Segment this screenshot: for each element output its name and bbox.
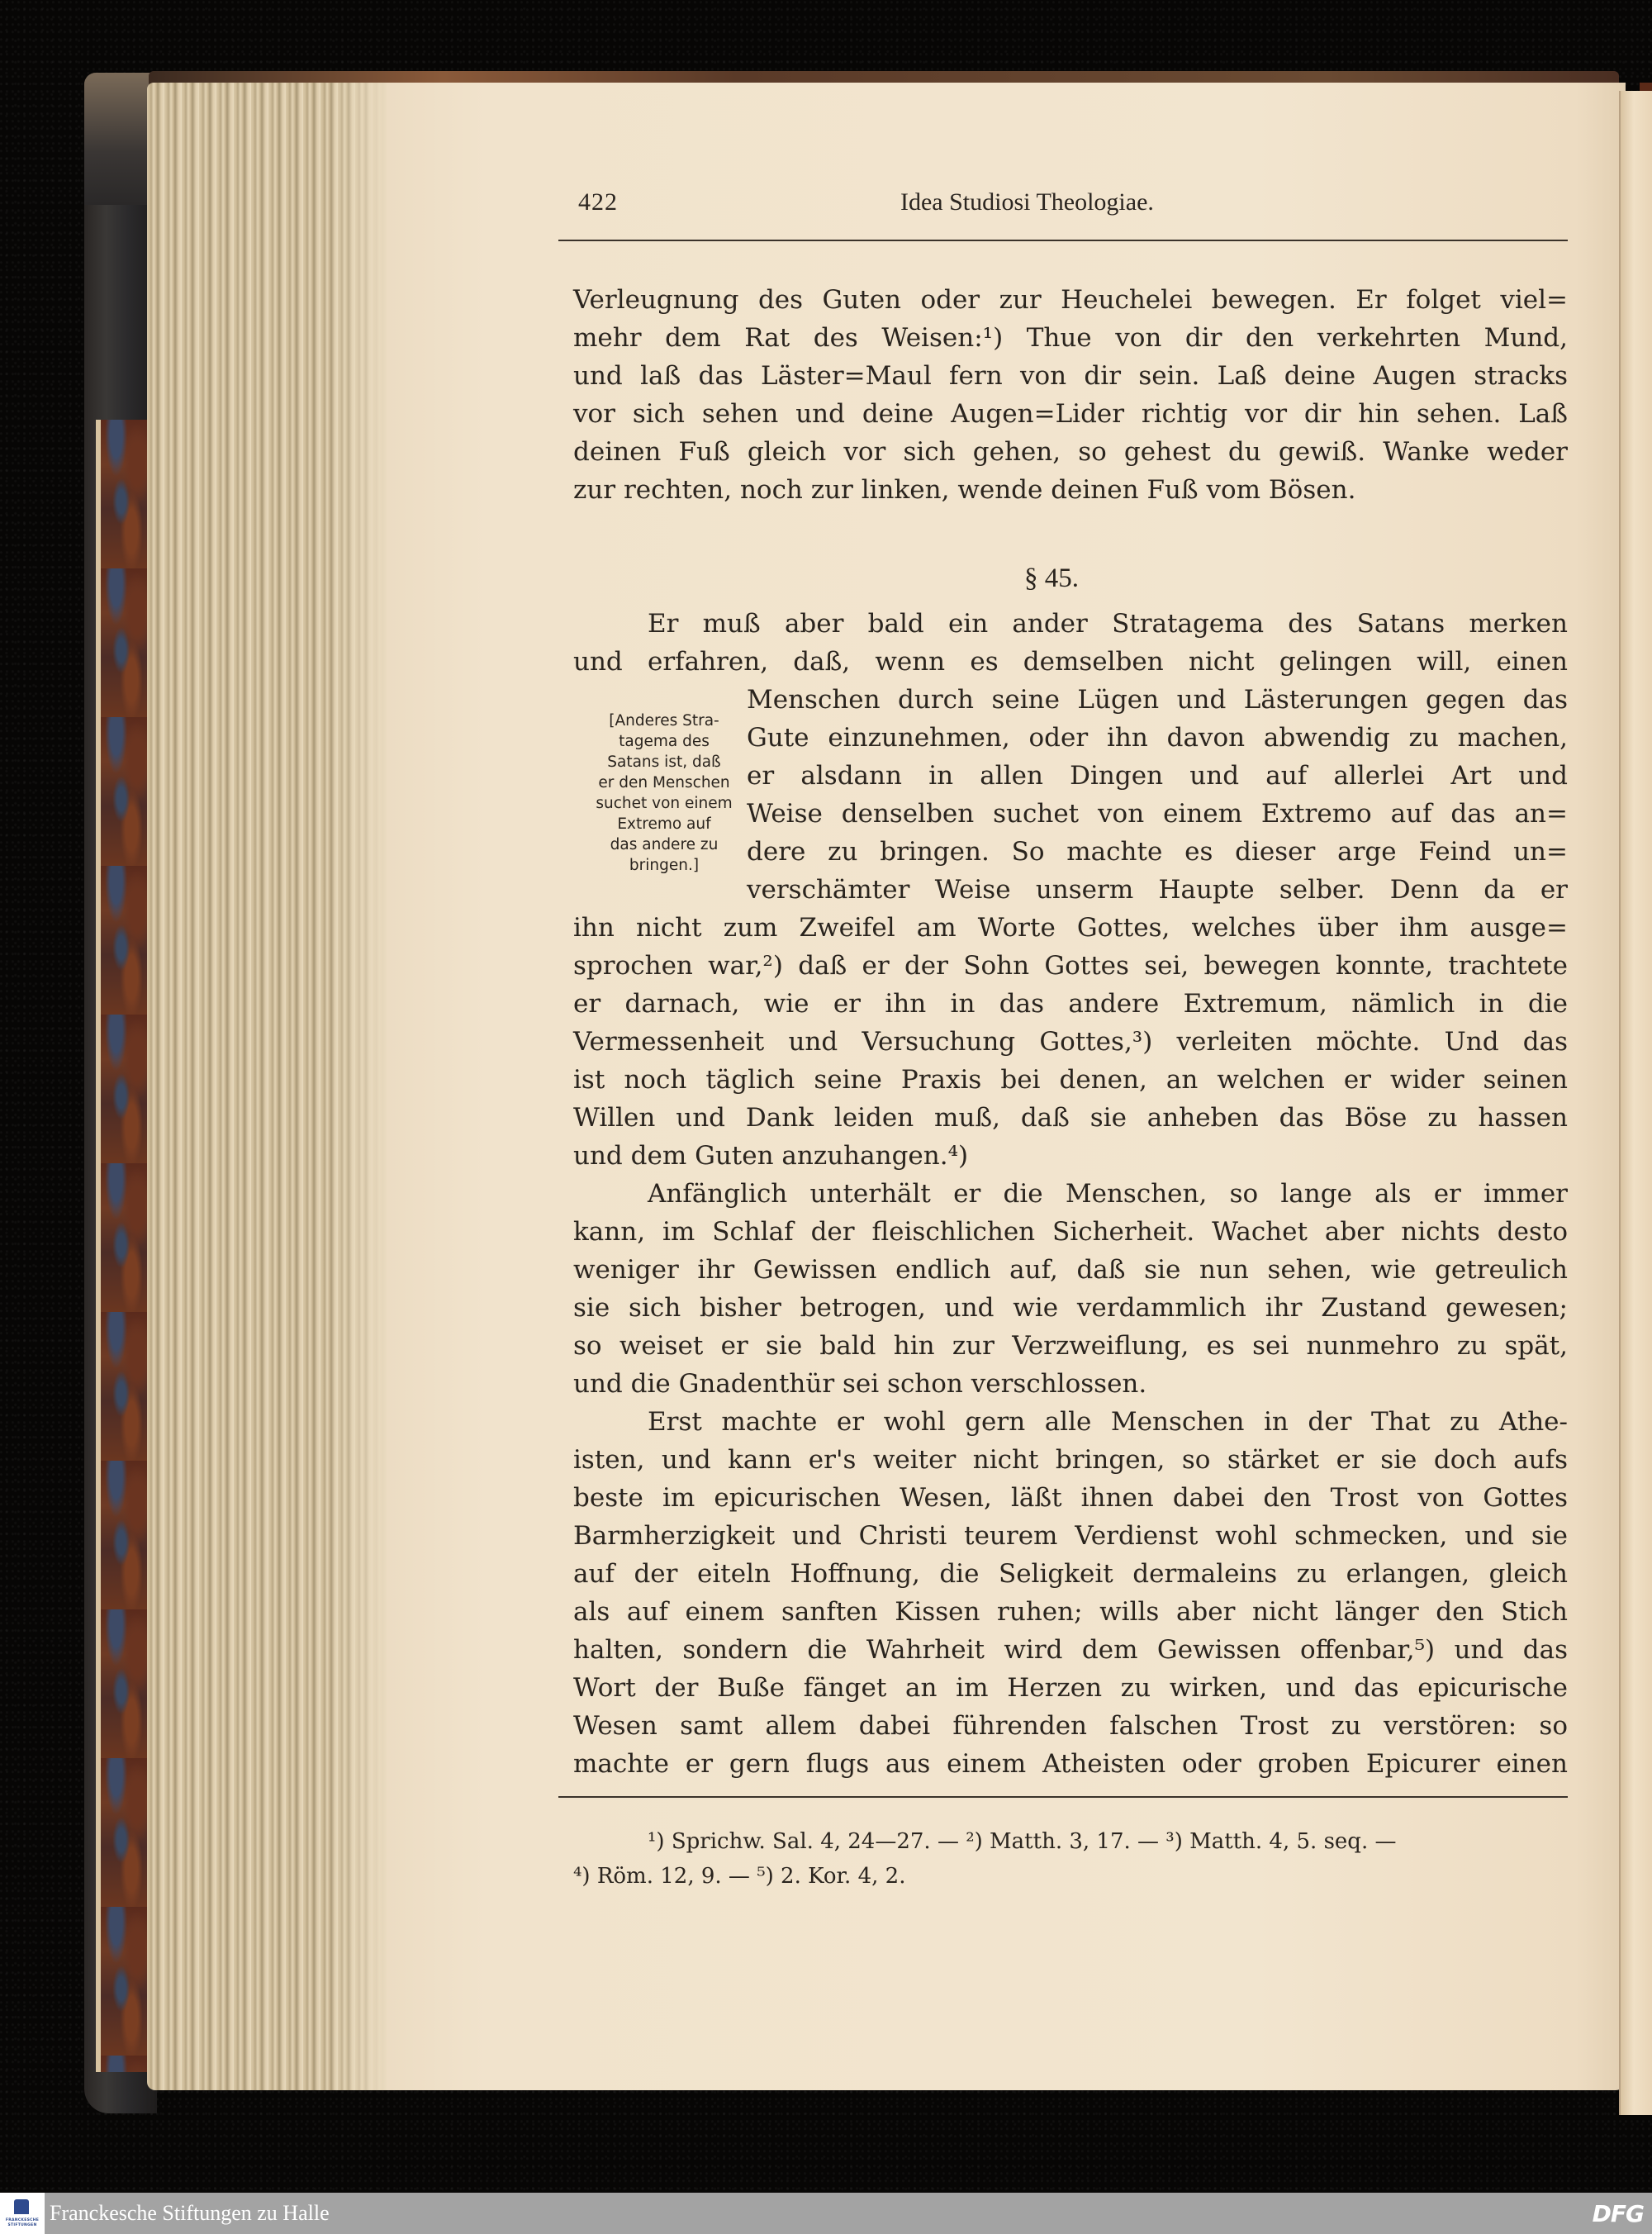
text-line: Er muß aber bald ein ander Stratagema de… bbox=[573, 605, 1568, 643]
text-line: ihn nicht zum Zweifel am Worte Gottes, w… bbox=[573, 909, 1568, 947]
institution-name[interactable]: Franckesche Stiftungen zu Halle bbox=[50, 2201, 330, 2226]
text-line: und erfahren, daß, wenn es demselben nic… bbox=[573, 643, 1568, 681]
spine-cap bbox=[84, 73, 157, 205]
text-line: halten, sondern die Wahrheit wird dem Ge… bbox=[573, 1631, 1568, 1669]
text-line: mehr dem Rat des Weisen:¹) Thue von dir … bbox=[573, 319, 1568, 357]
text-line: isten, und kann er's weiter nicht bringe… bbox=[573, 1441, 1568, 1479]
header-rule bbox=[558, 240, 1568, 241]
page-block-edges bbox=[147, 83, 387, 2090]
franckesche-logo-icon bbox=[14, 2199, 29, 2214]
text-line: weniger ihr Gewissen endlich auf, daß si… bbox=[573, 1251, 1568, 1289]
marginal-line: das andere zu bbox=[582, 834, 747, 855]
text-line: und laß das Läster=Maul fern von dir sei… bbox=[573, 357, 1568, 395]
text-line: Verleugnung des Guten oder zur Heuchelei… bbox=[573, 281, 1568, 319]
marginal-line: bringen.] bbox=[582, 855, 747, 876]
footnote-rule bbox=[558, 1796, 1568, 1798]
text-line: Willen und Dank leiden muß, daß sie anhe… bbox=[573, 1099, 1568, 1137]
book-cover-spine bbox=[84, 73, 157, 2113]
footnote-line: ⁴) Röm. 12, 9. — ⁵) 2. Kor. 4, 2. bbox=[573, 1859, 1568, 1894]
text-line: Gute einzunehmen, oder ihn davon abwendi… bbox=[747, 719, 1568, 757]
text-line: so weiset er sie bald hin zur Verzweiflu… bbox=[573, 1327, 1568, 1365]
marginal-note: [Anderes Stra- tagema des Satans ist, da… bbox=[582, 711, 747, 876]
text-line: Barmherzigkeit und Christi teurem Verdie… bbox=[573, 1517, 1568, 1555]
text-line: auf der eiteln Hoffnung, die Seligkeit d… bbox=[573, 1555, 1568, 1593]
marginal-line: [Anderes Stra- bbox=[582, 711, 747, 731]
text-line: Wort der Buße fänget an im Herzen zu wir… bbox=[573, 1669, 1568, 1707]
marginal-line: er den Menschen bbox=[582, 772, 747, 793]
text-line: sie sich bisher betrogen, und wie verdam… bbox=[573, 1289, 1568, 1327]
text-line: Wesen samt allem dabei führenden falsche… bbox=[573, 1707, 1568, 1745]
text-line: beste im epicurischen Wesen, läßt ihnen … bbox=[573, 1479, 1568, 1517]
marginal-line: Extremo auf bbox=[582, 814, 747, 834]
text-line: und dem Guten anzuhangen.⁴) bbox=[573, 1137, 1568, 1175]
text-line: Erst machte er wohl gern alle Menschen i… bbox=[573, 1403, 1568, 1441]
text-line: ist noch täglich seine Praxis bei denen,… bbox=[573, 1061, 1568, 1099]
footnote-line: ¹) Sprichw. Sal. 4, 24—27. — ²) Matth. 3… bbox=[573, 1824, 1568, 1859]
viewer-footer-bar: FRANCKESCHE STIFTUNGEN Franckesche Stift… bbox=[0, 2193, 1652, 2234]
dfg-logo[interactable]: DFG bbox=[1593, 2200, 1644, 2227]
text-line: machte er gern flugs aus einem Atheisten… bbox=[573, 1745, 1568, 1783]
text-line: Menschen durch seine Lügen und Lästerung… bbox=[747, 681, 1568, 719]
text-line: kann, im Schlaf der fleischlichen Sicher… bbox=[573, 1213, 1568, 1251]
text-line: er alsdann in allen Dingen und auf aller… bbox=[747, 757, 1568, 795]
text-line: verschämter Weise unserm Haupte selber. … bbox=[747, 871, 1568, 909]
logo-text: FRANCKESCHE STIFTUNGEN bbox=[1, 2218, 44, 2228]
text-line: als auf einem sanften Kissen ruhen; will… bbox=[573, 1593, 1568, 1631]
running-title: Idea Studiosi Theologiae. bbox=[900, 188, 1154, 216]
footnotes: ¹) Sprichw. Sal. 4, 24—27. — ²) Matth. 3… bbox=[573, 1824, 1568, 1894]
running-header: 422 Idea Studiosi Theologiae. bbox=[578, 188, 1569, 221]
text-line: Vermessenheit und Versuchung Gottes,³) v… bbox=[573, 1023, 1568, 1061]
facing-page-edge bbox=[1619, 91, 1652, 2115]
intro-paragraph: Verleugnung des Guten oder zur Heuchelei… bbox=[573, 281, 1568, 509]
text-line: er darnach, wie er ihn in das andere Ext… bbox=[573, 985, 1568, 1023]
text-line: sprochen war,²) daß er der Sohn Gottes s… bbox=[573, 947, 1568, 985]
text-line: Weise denselben suchet von einem Extremo… bbox=[747, 795, 1568, 833]
text-line: vor sich sehen und deine Augen=Lider ric… bbox=[573, 395, 1568, 433]
section-heading: § 45. bbox=[1024, 563, 1156, 594]
marginal-line: tagema des bbox=[582, 731, 747, 752]
text-line: und die Gnadenthür sei schon verschlosse… bbox=[573, 1365, 1568, 1403]
text-line: Anfänglich unterhält er die Menschen, so… bbox=[573, 1175, 1568, 1213]
marginal-line: Satans ist, daß bbox=[582, 752, 747, 772]
text-line: zur rechten, noch zur linken, wende dein… bbox=[573, 471, 1568, 509]
page-number: 422 bbox=[578, 188, 618, 216]
text-line: deinen Fuß gleich vor sich gehen, so geh… bbox=[573, 433, 1568, 471]
institution-logo[interactable]: FRANCKESCHE STIFTUNGEN bbox=[0, 2193, 45, 2234]
marginal-line: suchet von einem bbox=[582, 793, 747, 814]
text-line: dere zu bringen. So machte es dieser arg… bbox=[747, 833, 1568, 871]
